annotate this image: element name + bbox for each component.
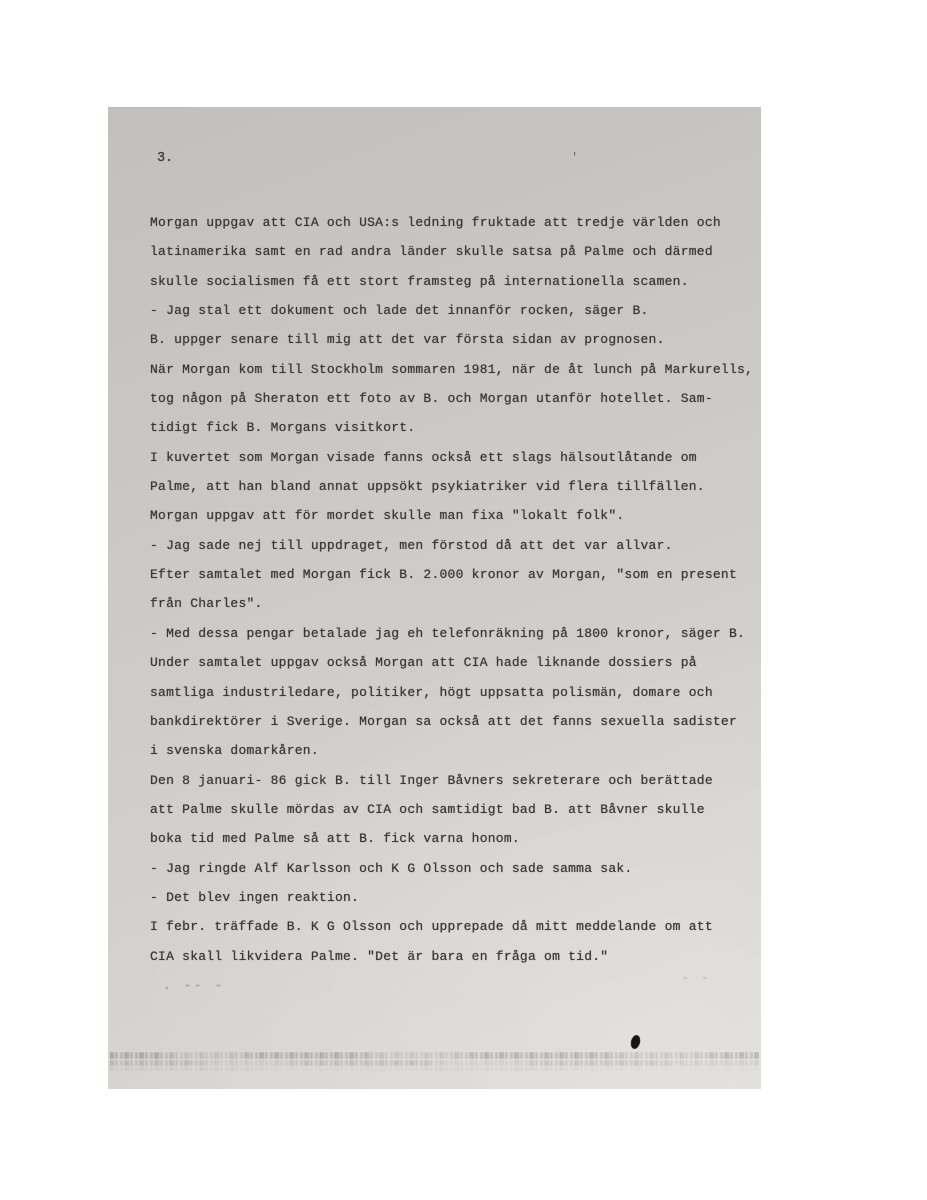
text-line: tidigt fick B. Morgans visitkort.	[150, 413, 761, 442]
text-line: Den 8 januari- 86 gick B. till Inger Båv…	[150, 766, 761, 795]
text-line: - Jag stal ett dokument och lade det inn…	[150, 296, 761, 325]
text-line: bankdirektörer i Sverige. Morgan sa ocks…	[150, 707, 761, 736]
page-number: 3.	[157, 151, 173, 166]
text-line: Morgan uppgav att CIA och USA:s ledning …	[150, 208, 761, 237]
text-line: Morgan uppgav att för mordet skulle man …	[150, 501, 761, 530]
faint-pencil-marks-left: . -- -	[163, 978, 225, 993]
text-line: - Med dessa pengar betalade jag eh telef…	[150, 619, 761, 648]
text-line: samtliga industriledare, politiker, högt…	[150, 678, 761, 707]
text-line: boka tid med Palme så att B. fick varna …	[150, 824, 761, 853]
document-body: Morgan uppgav att CIA och USA:s ledning …	[150, 208, 761, 971]
document-page: 3. ' Morgan uppgav att CIA och USA:s led…	[108, 107, 761, 1089]
text-line: att Palme skulle mördas av CIA och samti…	[150, 795, 761, 824]
text-line: Under samtalet uppgav också Morgan att C…	[150, 648, 761, 677]
ink-blot	[629, 1034, 641, 1050]
text-line: latinamerika samt en rad andra länder sk…	[150, 237, 761, 266]
text-line: - Jag ringde Alf Karlsson och K G Olsson…	[150, 854, 761, 883]
photocopy-smudge-band-3	[110, 1067, 759, 1071]
text-line: När Morgan kom till Stockholm sommaren 1…	[150, 355, 761, 384]
scanned-document-view: 3. ' Morgan uppgav att CIA och USA:s led…	[0, 0, 927, 1200]
text-line: Palme, att han bland annat uppsökt psyki…	[150, 472, 761, 501]
text-line: Efter samtalet med Morgan fick B. 2.000 …	[150, 560, 761, 589]
photocopy-smudge-band-2	[110, 1060, 759, 1066]
text-line: B. uppger senare till mig att det var fö…	[150, 325, 761, 354]
stray-mark: '	[571, 151, 578, 165]
text-line: CIA skall likvidera Palme. "Det är bara …	[150, 942, 761, 971]
text-line: - Det blev ingen reaktion.	[150, 883, 761, 912]
text-line: - Jag sade nej till uppdraget, men först…	[150, 531, 761, 560]
faint-pencil-marks-right: - -	[682, 973, 711, 985]
text-line: I febr. träffade B. K G Olsson och uppre…	[150, 912, 761, 941]
text-line: skulle socialismen få ett stort framsteg…	[150, 267, 761, 296]
text-line: I kuvertet som Morgan visade fanns också…	[150, 443, 761, 472]
text-line: i svenska domarkåren.	[150, 736, 761, 765]
text-line: tog någon på Sheraton ett foto av B. och…	[150, 384, 761, 413]
text-line: från Charles".	[150, 589, 761, 618]
photocopy-smudge-band	[110, 1052, 759, 1059]
